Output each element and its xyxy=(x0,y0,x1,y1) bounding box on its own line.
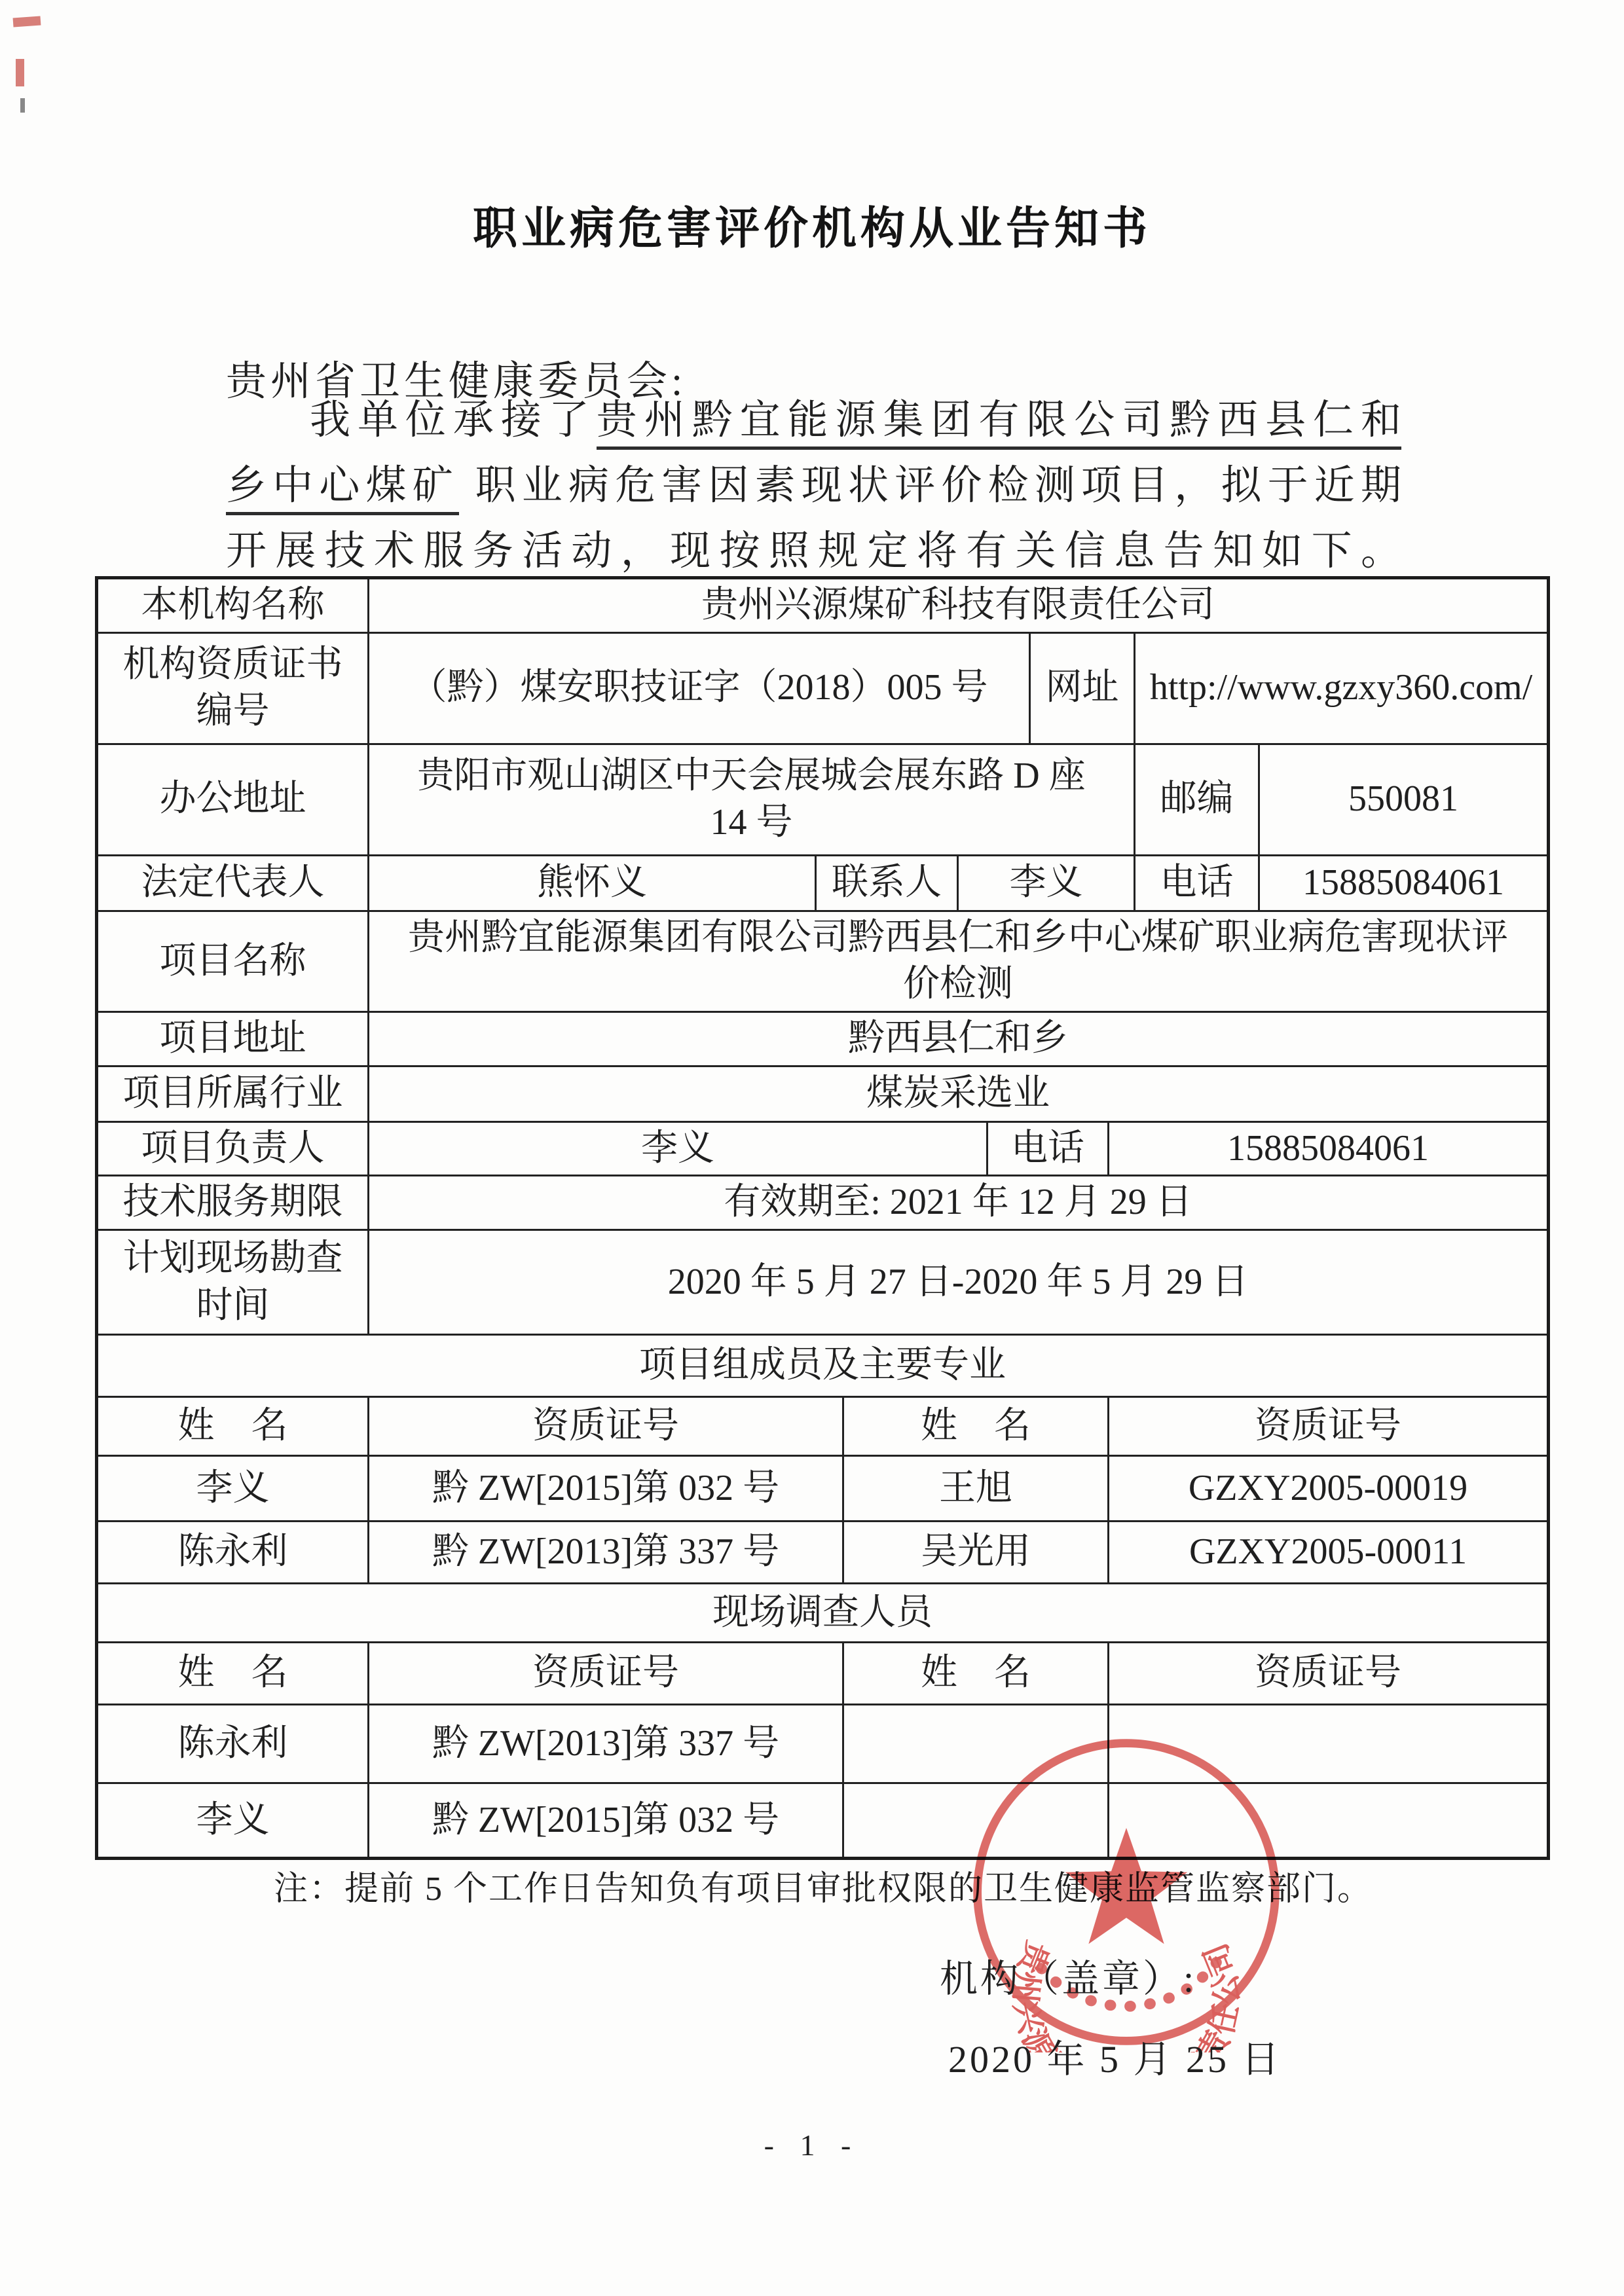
org-name-value: 贵州兴源煤矿科技有限责任公司 xyxy=(369,578,1549,633)
project-leader-label: 项目负责人 xyxy=(97,1121,369,1176)
phone-label: 电话 xyxy=(1135,855,1259,911)
legal-rep-value: 熊怀义 xyxy=(369,855,816,911)
leader-phone-label: 电话 xyxy=(987,1121,1109,1176)
member-cert: GZXY2005-00011 xyxy=(1109,1522,1549,1584)
cert-number-label: 机构资质证书编号 xyxy=(97,632,369,744)
member-name: 王旭 xyxy=(843,1456,1109,1522)
legal-rep-label: 法定代表人 xyxy=(97,855,369,911)
paragraph-text: 职业病危害因素现状评价检测项目，拟于近期 xyxy=(459,464,1401,508)
industry-label: 项目所属行业 xyxy=(97,1066,369,1121)
document-page: 职业病危害评价机构从业告知书 贵州省卫生健康委员会: 我单位承接了贵州黔宜能源集… xyxy=(0,0,1624,2296)
page-number: - 1 - xyxy=(0,2128,1624,2162)
table-row: 计划现场勘查时间 2020 年 5 月 27 日-2020 年 5 月 29 日 xyxy=(97,1230,1549,1335)
service-term-label: 技术服务期限 xyxy=(97,1176,369,1230)
service-term-value: 有效期至: 2021 年 12 月 29 日 xyxy=(369,1176,1549,1230)
table-row: 姓 名 资质证号 姓 名 资质证号 xyxy=(97,1397,1549,1456)
underlined-company-name: 贵州黔宜能源集团有限公司黔西县仁和 xyxy=(597,398,1401,450)
member-cert: 黔 ZW[2013]第 337 号 xyxy=(369,1522,843,1584)
survey-time-label: 计划现场勘查时间 xyxy=(97,1230,369,1335)
survey-time-label-line1: 计划现场勘查 xyxy=(103,1235,362,1283)
org-name-label: 本机构名称 xyxy=(97,578,369,633)
notification-table: 本机构名称 贵州兴源煤矿科技有限责任公司 机构资质证书编号 （黔）煤安职技证字（… xyxy=(95,576,1550,1860)
project-address-value: 黔西县仁和乡 xyxy=(369,1012,1549,1066)
survey-member-row: 李义 黔 ZW[2015]第 032 号 xyxy=(97,1783,1549,1859)
member-name: 李义 xyxy=(97,1456,369,1522)
col-header-name: 姓 名 xyxy=(843,1643,1109,1705)
table-row: 姓 名 资质证号 姓 名 资质证号 xyxy=(97,1643,1549,1705)
table-row: 项目地址 黔西县仁和乡 xyxy=(97,1012,1549,1066)
table-row: 本机构名称 贵州兴源煤矿科技有限责任公司 xyxy=(97,578,1549,633)
paragraph-line-3: 开展技术服务活动，现按照规定将有关信息告知如下。 xyxy=(226,519,1401,584)
project-name-label: 项目名称 xyxy=(97,911,369,1011)
table-row: 项目所属行业 煤炭采选业 xyxy=(97,1066,1549,1121)
col-header-cert: 资质证号 xyxy=(369,1397,843,1456)
col-header-cert: 资质证号 xyxy=(369,1643,843,1705)
scan-artifact xyxy=(13,16,41,27)
page-title: 职业病危害评价机构从业告知书 xyxy=(0,193,1624,257)
survey-section-header: 现场调查人员 xyxy=(97,1584,1549,1643)
paragraph-line-2: 乡中心煤矿 职业病危害因素现状评价检测项目，拟于近期 xyxy=(226,453,1401,519)
team-member-row: 陈永利 黔 ZW[2013]第 337 号 吴光用 GZXY2005-00011 xyxy=(97,1522,1549,1584)
project-name-value: 贵州黔宜能源集团有限公司黔西县仁和乡中心煤矿职业病危害现状评价检测 xyxy=(369,911,1549,1011)
team-member-row: 李义 黔 ZW[2015]第 032 号 王旭 GZXY2005-00019 xyxy=(97,1456,1549,1522)
survey-time-value: 2020 年 5 月 27 日-2020 年 5 月 29 日 xyxy=(369,1230,1549,1335)
scan-artifact xyxy=(20,98,25,113)
member-cert: 黔 ZW[2015]第 032 号 xyxy=(369,1456,843,1522)
zip-value: 550081 xyxy=(1259,744,1549,855)
member-cert: 黔 ZW[2015]第 032 号 xyxy=(369,1783,843,1859)
survey-time-label-line2: 时间 xyxy=(103,1283,362,1330)
col-header-cert: 资质证号 xyxy=(1109,1643,1549,1705)
project-address-label: 项目地址 xyxy=(97,1012,369,1066)
table-row: 机构资质证书编号 （黔）煤安职技证字（2018）005 号 网址 http://… xyxy=(97,632,1549,744)
company-seal-stamp: 贵州兴源煤矿科技有限责任公司 xyxy=(966,1732,1287,2052)
table-row: 现场调查人员 xyxy=(97,1584,1549,1643)
industry-value: 煤炭采选业 xyxy=(369,1066,1549,1121)
scan-artifact xyxy=(16,59,24,86)
office-address-label: 办公地址 xyxy=(97,744,369,855)
cert-label-line2: 编号 xyxy=(103,688,362,735)
table-row: 项目负责人 李义 电话 15885084061 xyxy=(97,1121,1549,1176)
table-row: 项目名称 贵州黔宜能源集团有限公司黔西县仁和乡中心煤矿职业病危害现状评价检测 xyxy=(97,911,1549,1011)
project-leader-value: 李义 xyxy=(369,1121,987,1176)
member-name: 吴光用 xyxy=(843,1522,1109,1584)
cert-number-value: （黔）煤安职技证字（2018）005 号 xyxy=(369,632,1030,744)
member-cert: GZXY2005-00019 xyxy=(1109,1456,1549,1522)
survey-member-row: 陈永利 黔 ZW[2013]第 337 号 xyxy=(97,1705,1549,1783)
member-name: 陈永利 xyxy=(97,1705,369,1783)
col-header-cert: 资质证号 xyxy=(1109,1397,1549,1456)
table-row: 办公地址 贵阳市观山湖区中天会展城会展东路 D 座14 号 邮编 550081 xyxy=(97,744,1549,855)
contact-label: 联系人 xyxy=(816,855,958,911)
underlined-mine-name: 乡中心煤矿 xyxy=(226,464,459,515)
project-name-line2: 价检测 xyxy=(375,961,1541,1008)
zip-label: 邮编 xyxy=(1135,744,1259,855)
table-row: 项目组成员及主要专业 xyxy=(97,1335,1549,1397)
intro-paragraph: 我单位承接了贵州黔宜能源集团有限公司黔西县仁和 乡中心煤矿 职业病危害因素现状评… xyxy=(226,388,1401,584)
member-name: 陈永利 xyxy=(97,1522,369,1584)
col-header-name: 姓 名 xyxy=(97,1397,369,1456)
signature-date: 2020 年 5 月 25 日 xyxy=(948,2028,1282,2083)
office-address-line1: 贵阳市观山湖区中天会展城会展东路 D 座 xyxy=(375,753,1128,800)
table-row: 技术服务期限 有效期至: 2021 年 12 月 29 日 xyxy=(97,1176,1549,1230)
member-name: 李义 xyxy=(97,1783,369,1859)
team-section-header: 项目组成员及主要专业 xyxy=(97,1335,1549,1397)
table-row: 法定代表人 熊怀义 联系人 李义 电话 15885084061 xyxy=(97,855,1549,911)
phone-value: 15885084061 xyxy=(1259,855,1549,911)
paragraph-line-1: 我单位承接了贵州黔宜能源集团有限公司黔西县仁和 xyxy=(226,388,1401,453)
col-header-name: 姓 名 xyxy=(843,1397,1109,1456)
cert-label-line1: 机构资质证书 xyxy=(103,642,362,689)
member-cert: 黔 ZW[2013]第 337 号 xyxy=(369,1705,843,1783)
leader-phone-value: 15885084061 xyxy=(1109,1121,1549,1176)
website-label: 网址 xyxy=(1030,632,1135,744)
project-name-line1: 贵州黔宜能源集团有限公司黔西县仁和乡中心煤矿职业病危害现状评 xyxy=(375,915,1541,962)
office-address-value: 贵阳市观山湖区中天会展城会展东路 D 座14 号 xyxy=(369,744,1135,855)
website-value: http://www.gzxy360.com/ xyxy=(1135,632,1549,744)
star-icon xyxy=(1065,1828,1187,1944)
contact-value: 李义 xyxy=(958,855,1135,911)
signature-label: 机构（盖章）: xyxy=(940,1948,1196,2003)
office-address-line2: 14 号 xyxy=(375,799,1128,847)
paragraph-text: 我单位承接了 xyxy=(310,398,597,443)
col-header-name: 姓 名 xyxy=(97,1643,369,1705)
